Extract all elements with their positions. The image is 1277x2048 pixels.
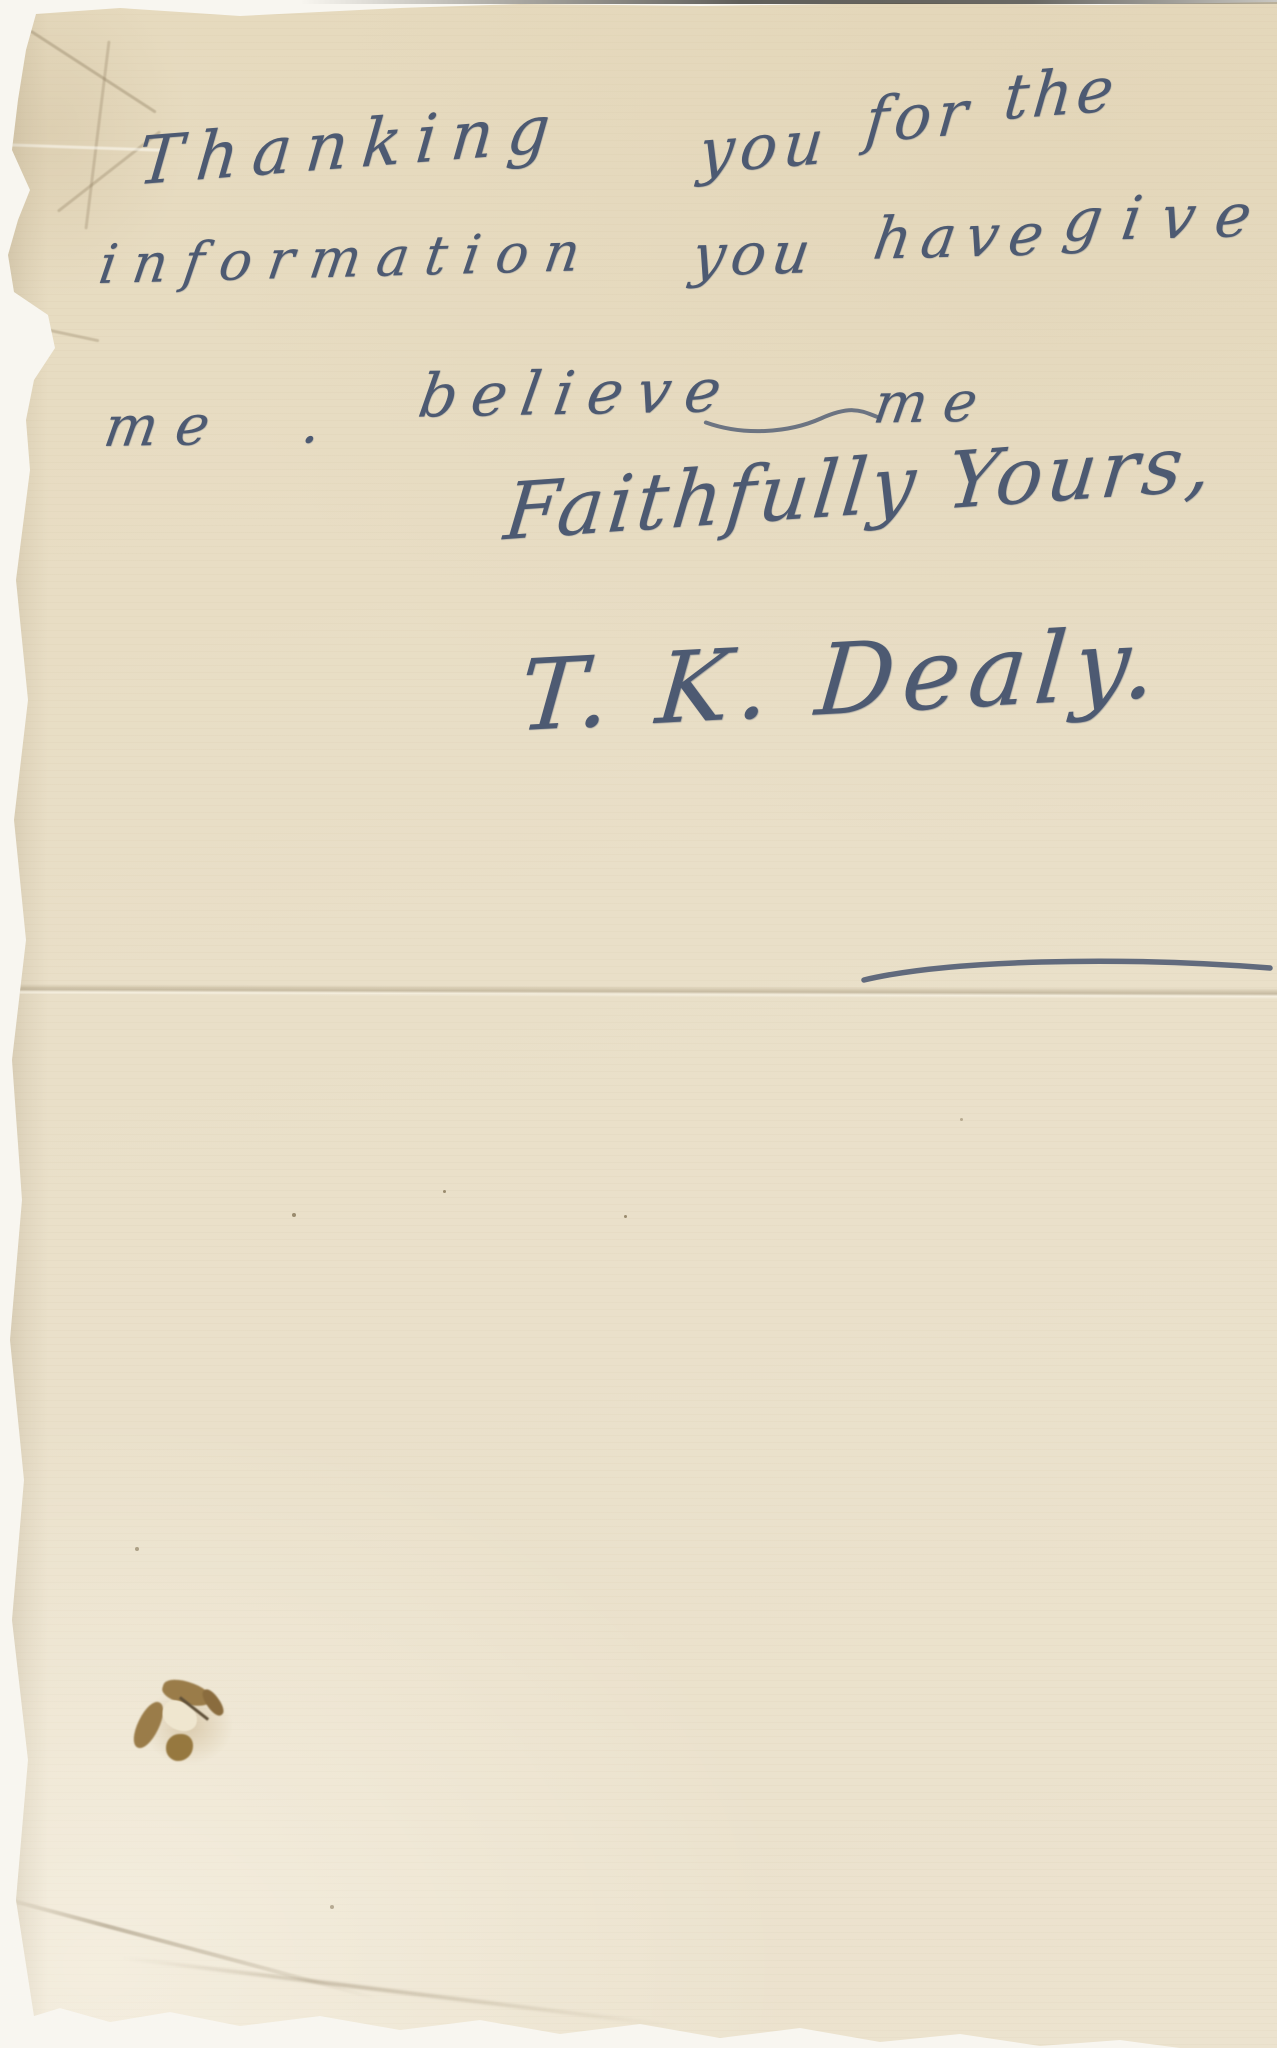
scan-top-edge: [300, 0, 1277, 4]
word: the: [1001, 52, 1121, 135]
word: give: [1059, 180, 1276, 256]
word: information: [95, 220, 600, 296]
word: have: [869, 200, 1058, 273]
word: Thanking: [135, 89, 567, 200]
word: you: [696, 104, 833, 188]
word: you: [688, 218, 821, 290]
word: me: [869, 369, 998, 436]
handwriting-layer: Thanking you for the information you hav…: [0, 0, 1277, 2048]
signature-underline: [858, 950, 1277, 990]
letter-line-2: information you have give: [98, 174, 1277, 345]
word: for: [862, 75, 977, 157]
scan-background: Thanking you for the information you hav…: [0, 0, 1277, 2048]
word: me .: [100, 391, 344, 460]
letter-paper: Thanking you for the information you hav…: [0, 0, 1277, 2048]
pen-flourish: [703, 403, 884, 442]
word: believe: [414, 356, 740, 432]
signature: T. K. Dealy.: [515, 606, 1169, 754]
